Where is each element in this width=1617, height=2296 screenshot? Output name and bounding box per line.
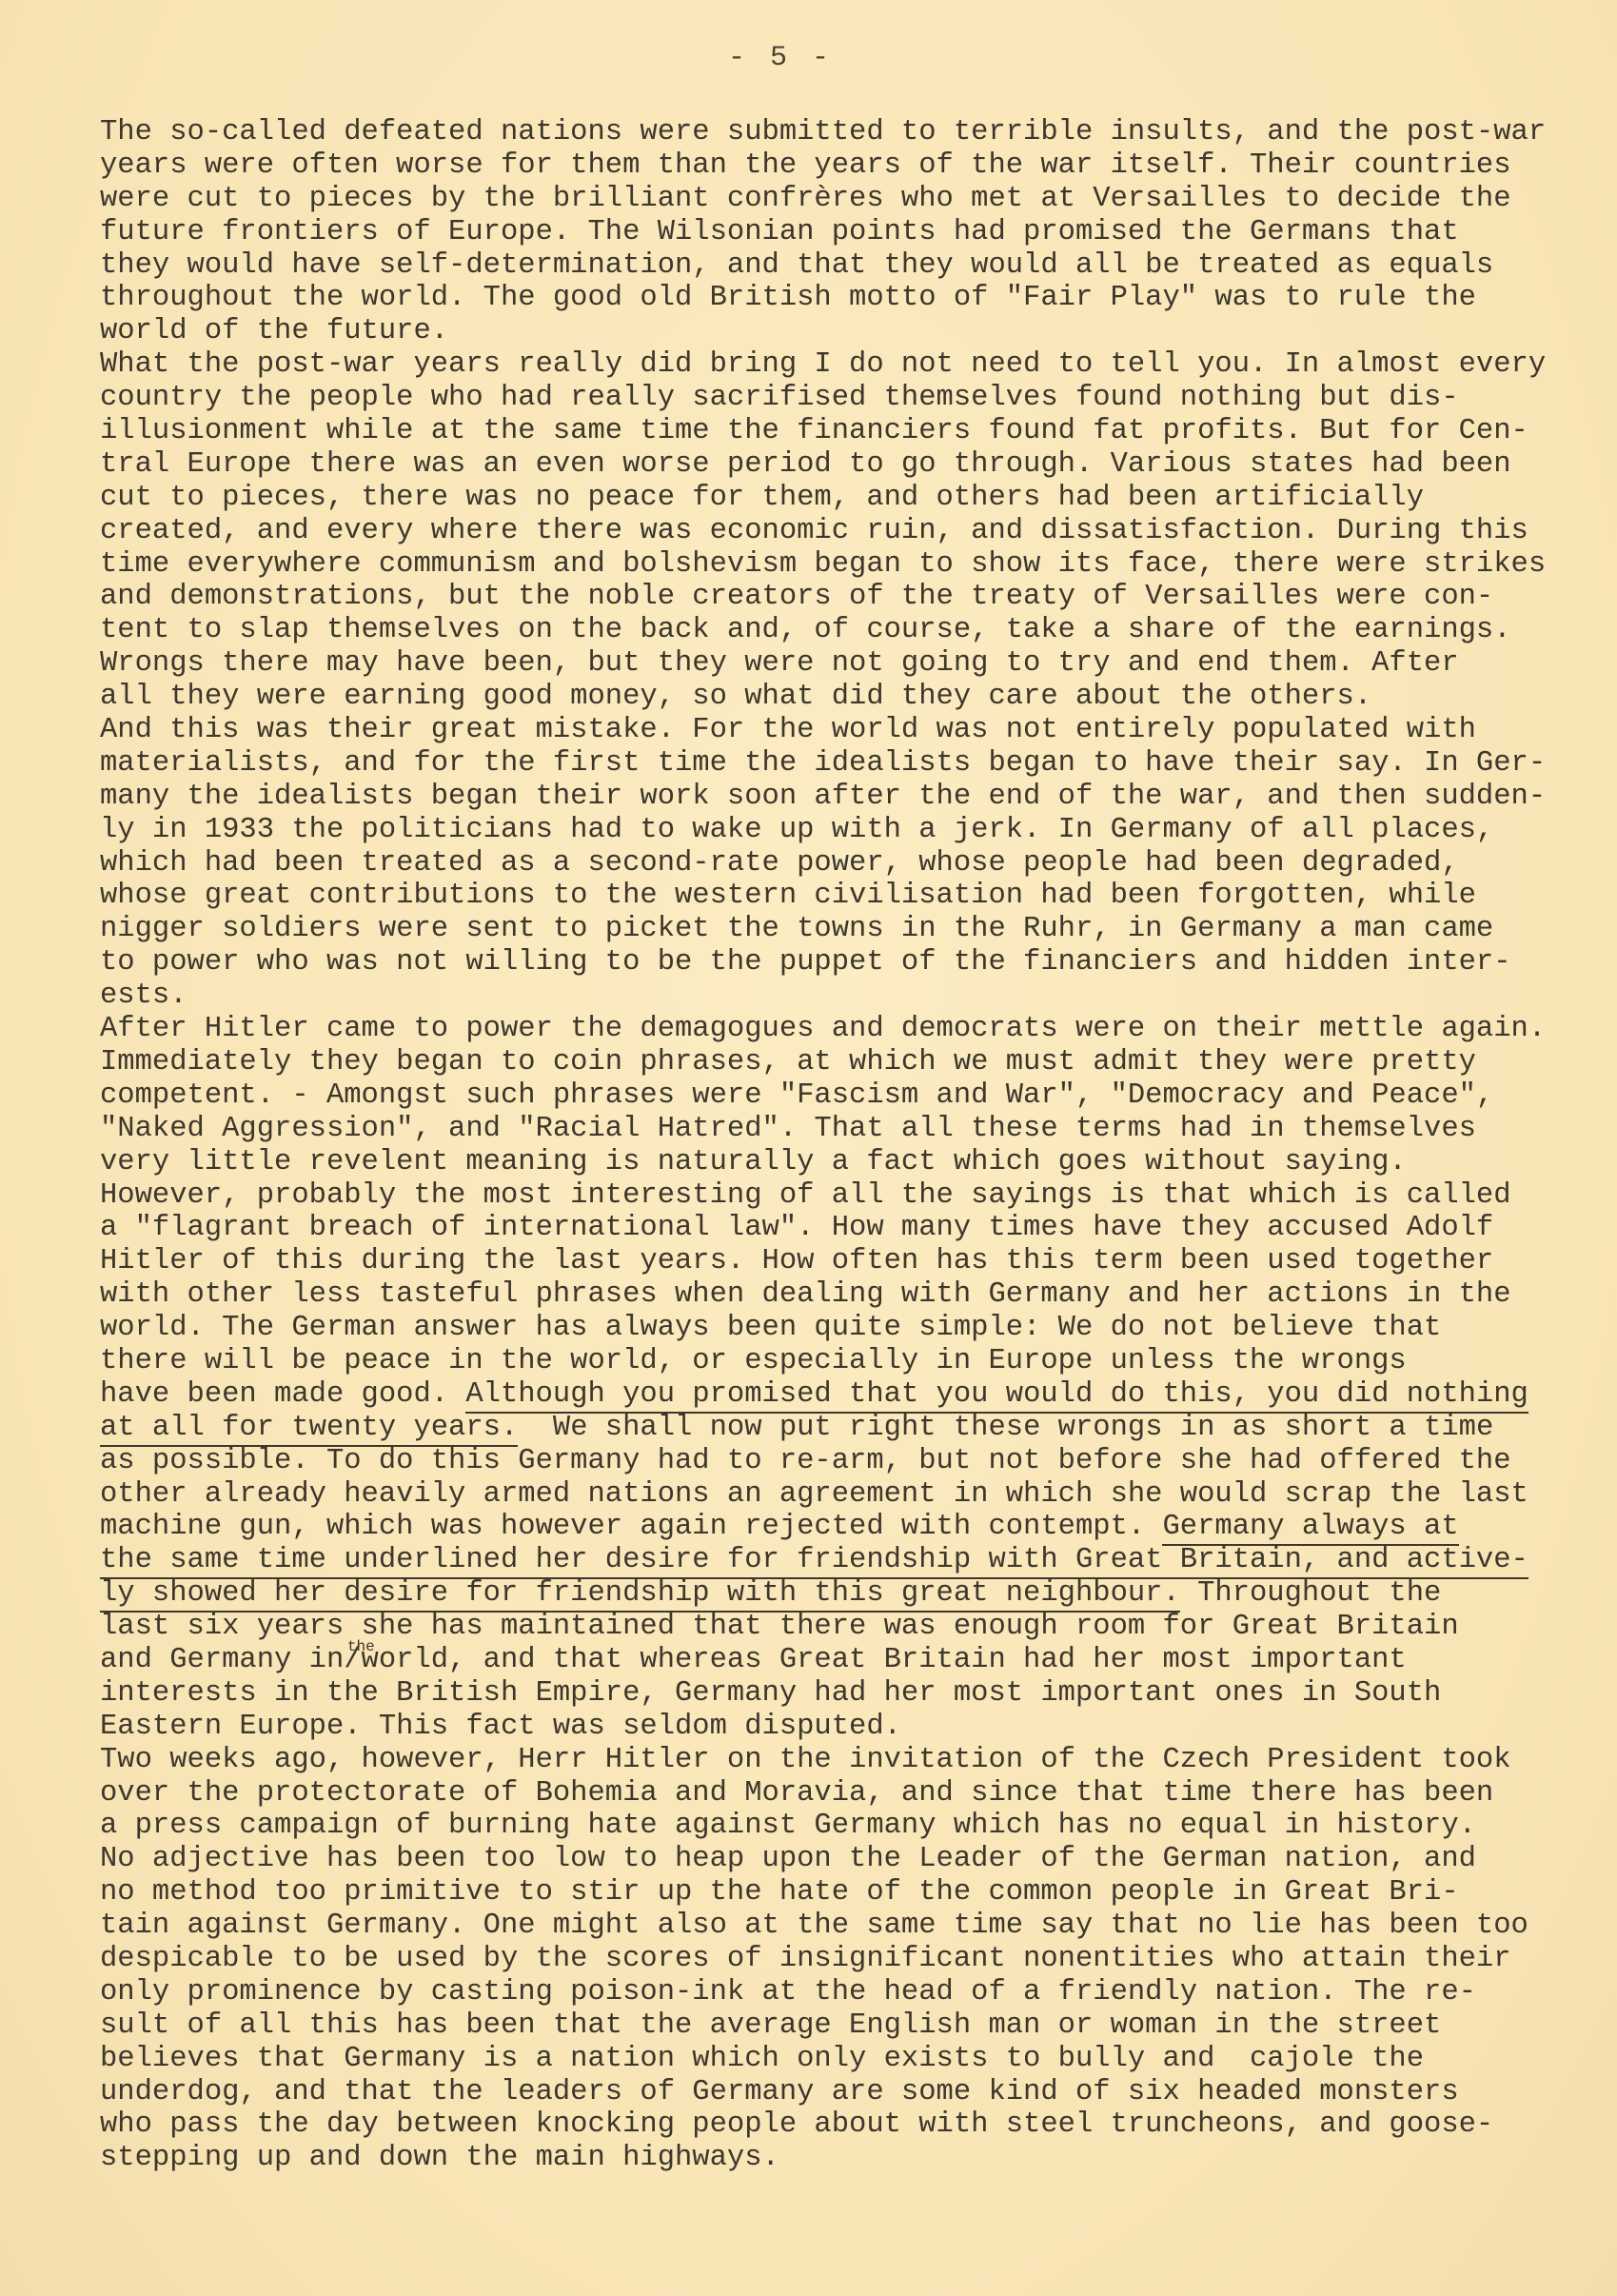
text-line: What the post-war years really did bring… xyxy=(100,348,1546,382)
line-text: nigger soldiers were sent to picket the … xyxy=(100,913,1493,945)
text-line: all they were earning good money, so wha… xyxy=(100,681,1546,714)
line-text: throughout the world. The good old Briti… xyxy=(100,282,1476,314)
text-line: other already heavily armed nations an a… xyxy=(100,1478,1546,1512)
text-line: have been made good. Although you promis… xyxy=(100,1378,1546,1412)
line-text: world of the future. xyxy=(100,315,448,347)
line-text: a "flagrant breach of international law"… xyxy=(100,1212,1493,1244)
line-text: materialists, and for the first time the… xyxy=(100,747,1546,780)
line-text: last six years she has maintained that t… xyxy=(100,1611,1459,1643)
line-text: We shall now put right these wrongs in a… xyxy=(518,1412,1493,1444)
text-line: country the people who had really sacrif… xyxy=(100,382,1546,415)
text-line: to power who was not willing to be the p… xyxy=(100,946,1546,980)
text-line: However, probably the most interesting o… xyxy=(100,1179,1546,1213)
line-text: illusionment while at the same time the … xyxy=(100,415,1528,447)
text-line: ly in 1933 the politicians had to wake u… xyxy=(100,814,1546,847)
text-line: only prominence by casting poison-ink at… xyxy=(100,1976,1546,2009)
text-line: illusionment while at the same time the … xyxy=(100,415,1546,448)
text-line: and demonstrations, but the noble creato… xyxy=(100,581,1546,614)
text-line: cut to pieces, there was no peace for th… xyxy=(100,482,1546,515)
text-line: Eastern Europe. This fact was seldom dis… xyxy=(100,1711,1546,1744)
text-line: were cut to pieces by the brilliant conf… xyxy=(100,183,1546,216)
text-line: Hitler of this during the last years. Ho… xyxy=(100,1245,1546,1278)
text-line: tent to slap themselves on the back and,… xyxy=(100,614,1546,647)
line-text: competent. - Amongst such phrases were "… xyxy=(100,1079,1493,1112)
line-text: Hitler of this during the last years. Ho… xyxy=(100,1245,1493,1277)
text-line: they would have self-determination, and … xyxy=(100,249,1546,283)
text-line: machine gun, which was however again rej… xyxy=(100,1511,1546,1544)
line-text: country the people who had really sacrif… xyxy=(100,382,1459,414)
line-text: who pass the day between knocking people… xyxy=(100,2108,1493,2141)
text-line: "Naked Aggression", and "Racial Hatred".… xyxy=(100,1113,1546,1146)
line-text: tent to slap themselves on the back and,… xyxy=(100,614,1511,646)
text-line: After Hitler came to power the demagogue… xyxy=(100,1013,1546,1046)
line-text: tain against Germany. One might also at … xyxy=(100,1910,1528,1942)
text-line: And this was their great mistake. For th… xyxy=(100,714,1546,747)
text-line: last six years she has maintained that t… xyxy=(100,1611,1546,1644)
text-line: who pass the day between knocking people… xyxy=(100,2108,1546,2142)
text-line: which had been treated as a second-rate … xyxy=(100,847,1546,881)
document-page: - 5 - The so-called defeated nations wer… xyxy=(0,0,1617,2296)
text-line: No adjective has been too low to heap up… xyxy=(100,1843,1546,1876)
text-line: underdog, and that the leaders of German… xyxy=(100,2076,1546,2109)
text-line: sult of all this has been that the avera… xyxy=(100,2009,1546,2043)
line-text: as possible. To do this Germany had to r… xyxy=(100,1445,1511,1477)
line-text: ests. xyxy=(100,980,187,1012)
text-line: throughout the world. The good old Briti… xyxy=(100,282,1546,315)
underlined-text: the same time underlined her desire for … xyxy=(100,1544,1528,1579)
line-text: future frontiers of Europe. The Wilsonia… xyxy=(100,216,1459,248)
text-line: very little revelent meaning is naturall… xyxy=(100,1146,1546,1179)
text-line: competent. - Amongst such phrases were "… xyxy=(100,1079,1546,1113)
line-text: were cut to pieces by the brilliant conf… xyxy=(100,183,1511,215)
text-line: over the protectorate of Bohemia and Mor… xyxy=(100,1777,1546,1811)
text-line: materialists, and for the first time the… xyxy=(100,747,1546,781)
line-text: believes that Germany is a nation which … xyxy=(100,2043,1424,2075)
text-line: Immediately they began to coin phrases, … xyxy=(100,1046,1546,1079)
line-text: Two weeks ago, however, Herr Hitler on t… xyxy=(100,1744,1511,1776)
line-text: stepping up and down the main highways. xyxy=(100,2142,779,2174)
line-text: tral Europe there was an even worse peri… xyxy=(100,448,1511,481)
line-text: years were often worse for them than the… xyxy=(100,149,1511,182)
line-text: all they were earning good money, so wha… xyxy=(100,681,1371,713)
text-line: at all for twenty years. We shall now pu… xyxy=(100,1412,1546,1445)
line-text: sult of all this has been that the avera… xyxy=(100,2009,1441,2042)
text-line: time everywhere communism and bolshevism… xyxy=(100,548,1546,582)
text-line: believes that Germany is a nation which … xyxy=(100,2043,1546,2076)
line-text: Throughout the xyxy=(1180,1577,1442,1610)
line-text: many the idealists began their work soon… xyxy=(100,781,1546,813)
line-text: time everywhere communism and bolshevism… xyxy=(100,548,1546,581)
line-text: machine gun, which was however again rej… xyxy=(100,1511,1162,1543)
text-line: as possible. To do this Germany had to r… xyxy=(100,1445,1546,1478)
line-text: very little revelent meaning is naturall… xyxy=(100,1146,1407,1178)
text-line: whose great contributions to the western… xyxy=(100,880,1546,913)
line-text: created, and every where there was econo… xyxy=(100,515,1528,547)
text-line: there will be peace in the world, or esp… xyxy=(100,1345,1546,1378)
document-body: The so-called defeated nations were subm… xyxy=(100,116,1546,2175)
line-text: Eastern Europe. This fact was seldom dis… xyxy=(100,1711,901,1743)
text-line: tain against Germany. One might also at … xyxy=(100,1910,1546,1943)
line-text: underdog, and that the leaders of German… xyxy=(100,2076,1459,2108)
line-text: over the protectorate of Bohemia and Mor… xyxy=(100,1777,1493,1810)
text-line: Two weeks ago, however, Herr Hitler on t… xyxy=(100,1744,1546,1777)
text-line: a "flagrant breach of international law"… xyxy=(100,1212,1546,1245)
text-line: with other less tasteful phrases when de… xyxy=(100,1278,1546,1312)
text-line: ests. xyxy=(100,980,1546,1013)
line-text: What the post-war years really did bring… xyxy=(100,348,1546,381)
text-line: despicable to be used by the scores of i… xyxy=(100,1943,1546,1976)
line-text: cut to pieces, there was no peace for th… xyxy=(100,482,1424,514)
text-line: tral Europe there was an even worse peri… xyxy=(100,448,1546,482)
page-number: - 5 - xyxy=(0,42,1561,74)
text-line: and Germany in/world, and that whereas G… xyxy=(100,1644,1546,1677)
line-text: only prominence by casting poison-ink at… xyxy=(100,1976,1476,2009)
underlined-text: at all for twenty years. xyxy=(100,1412,518,1447)
line-text: interests in the British Empire, Germany… xyxy=(100,1677,1441,1710)
line-text: which had been treated as a second-rate … xyxy=(100,847,1459,880)
text-line: interests in the British Empire, Germany… xyxy=(100,1677,1546,1711)
text-line: years were often worse for them than the… xyxy=(100,149,1546,183)
text-line: future frontiers of Europe. The Wilsonia… xyxy=(100,216,1546,249)
line-text: there will be peace in the world, or esp… xyxy=(100,1345,1407,1377)
line-text: have been made good. xyxy=(100,1378,465,1411)
line-text: a press campaign of burning hate against… xyxy=(100,1810,1476,1842)
line-text: and demonstrations, but the noble creato… xyxy=(100,581,1493,613)
line-text: And this was their great mistake. For th… xyxy=(100,714,1476,746)
line-text: No adjective has been too low to heap up… xyxy=(100,1843,1476,1875)
line-text: ly in 1933 the politicians had to wake u… xyxy=(100,814,1493,846)
underlined-text: Germany always at xyxy=(1162,1511,1458,1546)
line-text: they would have self-determination, and … xyxy=(100,249,1493,282)
line-text: no method too primitive to stir up the h… xyxy=(100,1876,1459,1909)
line-text: Wrongs there may have been, but they wer… xyxy=(100,647,1459,680)
line-text: After Hitler came to power the demagogue… xyxy=(100,1013,1546,1045)
text-line: The so-called defeated nations were subm… xyxy=(100,116,1546,149)
text-line: many the idealists began their work soon… xyxy=(100,781,1546,814)
text-line: world of the future. xyxy=(100,315,1546,348)
text-line: created, and every where there was econo… xyxy=(100,515,1546,548)
underlined-text: ly showed her desire for friendship with… xyxy=(100,1577,1180,1613)
line-text: despicable to be used by the scores of i… xyxy=(100,1943,1511,1975)
line-text: to power who was not willing to be the p… xyxy=(100,946,1511,979)
line-text: world. The German answer has always been… xyxy=(100,1312,1441,1344)
handwritten-insertion: the xyxy=(347,1631,375,1664)
line-text: and Germany in/world, and that whereas G… xyxy=(100,1644,1407,1676)
line-text: "Naked Aggression", and "Racial Hatred".… xyxy=(100,1113,1476,1145)
text-line: Wrongs there may have been, but they wer… xyxy=(100,647,1546,681)
line-text: However, probably the most interesting o… xyxy=(100,1179,1511,1212)
line-text: Immediately they began to coin phrases, … xyxy=(100,1046,1476,1079)
text-line: stepping up and down the main highways. xyxy=(100,2142,1546,2175)
line-text: other already heavily armed nations an a… xyxy=(100,1478,1528,1511)
line-text: with other less tasteful phrases when de… xyxy=(100,1278,1511,1311)
text-line: world. The German answer has always been… xyxy=(100,1312,1546,1345)
line-text: whose great contributions to the western… xyxy=(100,880,1476,912)
text-line: no method too primitive to stir up the h… xyxy=(100,1876,1546,1910)
underlined-text: Although you promised that you would do … xyxy=(465,1378,1528,1414)
text-line: a press campaign of burning hate against… xyxy=(100,1810,1546,1843)
text-line: nigger soldiers were sent to picket the … xyxy=(100,913,1546,946)
text-line: ly showed her desire for friendship with… xyxy=(100,1577,1546,1611)
text-line: the same time underlined her desire for … xyxy=(100,1544,1546,1577)
line-text: The so-called defeated nations were subm… xyxy=(100,116,1546,148)
